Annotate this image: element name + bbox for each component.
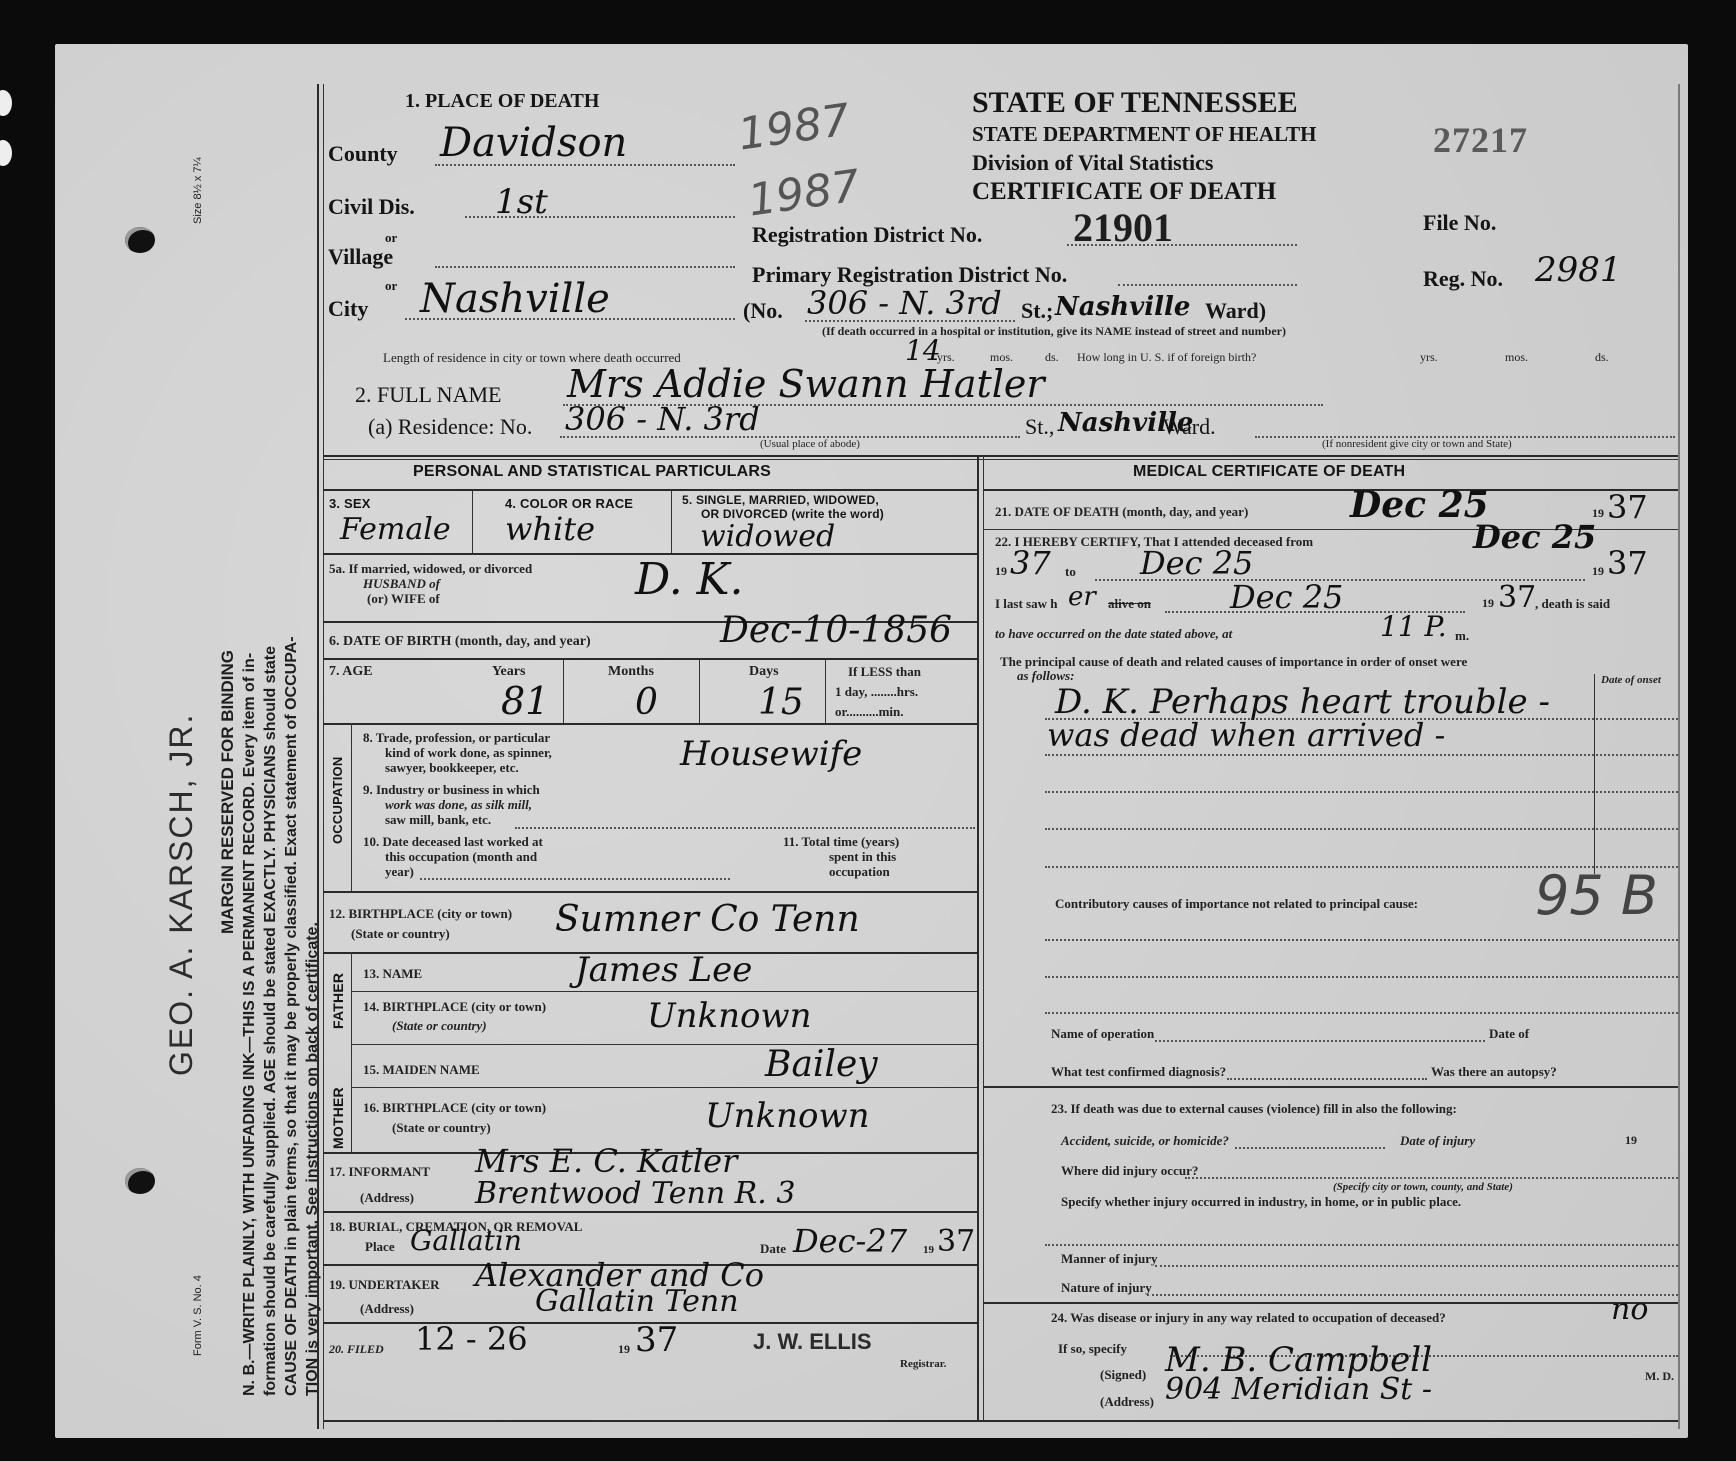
months-label: Months [608, 664, 654, 680]
civil-dis-label: Civil Dis. [328, 194, 415, 220]
registrar-name: J. W. ELLIS [753, 1329, 872, 1355]
undertaker-label: 19. UNDERTAKER [329, 1277, 440, 1293]
ward-suffix: Ward) [1205, 298, 1266, 324]
rule [983, 1086, 1678, 1088]
last-worked-label-3: year) [385, 864, 414, 880]
size-note: Size 8½ x 7¼ [192, 157, 204, 224]
instruction-line-3: CAUSE OF DEATH in plain terms, so that i… [283, 636, 301, 1396]
binding-hole-top [125, 227, 155, 253]
father-name-value[interactable]: James Lee [575, 950, 752, 990]
trade-label-2: kind of work done, as spinner, [385, 745, 552, 761]
accident-label: Accident, suicide, or homicide? [1061, 1133, 1229, 1149]
attended-from-value[interactable]: Dec 25 [1473, 518, 1596, 556]
test-label: What test confirmed diagnosis? [1051, 1064, 1226, 1080]
city-value[interactable]: Nashville [420, 276, 610, 322]
undertaker-address-label: (Address) [360, 1301, 414, 1317]
burial-year-prefix: 19 [923, 1244, 934, 1256]
hospital-note: (If death occurred in a hospital or inst… [822, 324, 1286, 339]
village-line [435, 266, 735, 268]
film-edge-mark-2 [0, 140, 12, 166]
where-injury-label: Where did injury occur? [1061, 1163, 1198, 1179]
rule [323, 891, 977, 893]
last-saw-year-prefix: 19 [1482, 596, 1494, 611]
cause-line-2 [1045, 754, 1678, 756]
birthplace-label-1: 12. BIRTHPLACE (city or town) [329, 906, 512, 922]
burial-year-value[interactable]: 37 [937, 1224, 975, 1259]
rule [351, 1087, 977, 1088]
burial-place-label: Place [365, 1239, 395, 1255]
race-value[interactable]: white [505, 510, 595, 548]
section-top-rule-2 [323, 459, 1678, 460]
contrib-line-2 [1045, 976, 1678, 978]
race-label: 4. COLOR OR RACE [505, 496, 633, 511]
manner-line [1155, 1265, 1678, 1267]
state-title: STATE OF TENNESSEE [972, 86, 1298, 120]
village-label: Village [328, 244, 393, 270]
certificate-paper: Size 8½ x 7¼ Form V. S. No. 4 GEO. A. KA… [55, 44, 1688, 1438]
father-bp-value[interactable]: Unknown [647, 996, 812, 1036]
spouse-value[interactable]: D. K. [635, 554, 744, 605]
total-time-label-3: occupation [829, 864, 890, 880]
pencil-mark-1: 1987 [735, 94, 853, 160]
if-so-label: If so, specify [1058, 1341, 1127, 1357]
informant-value[interactable]: Mrs E. C. Katler [475, 1142, 737, 1180]
age-years-value[interactable]: 81 [501, 679, 549, 723]
death-year-value[interactable]: 37 [1607, 488, 1648, 526]
street-no-prefix: (No. [743, 298, 783, 324]
last-saw-date-value[interactable]: Dec 25 [1230, 578, 1343, 616]
dob-label: 6. DATE OF BIRTH (month, day, and year) [329, 634, 591, 650]
specify-place-label: Specify whether injury occurred in indus… [1061, 1194, 1461, 1210]
usual-abode-note: (Usual place of abode) [760, 438, 860, 450]
street-value[interactable]: 306 - N. 3rd [807, 284, 1002, 322]
center-divider-2 [983, 455, 984, 1420]
margin-reserved-label: MARGIN RESERVED FOR BINDING [218, 650, 238, 934]
date-injury-year: 19 [1625, 1133, 1637, 1148]
less-label-3: or..........min. [835, 704, 904, 720]
attended-to-value[interactable]: Dec 25 [1140, 544, 1253, 582]
rule [351, 952, 352, 1152]
reg-district-value[interactable]: 21901 [1073, 204, 1173, 251]
foreign-birth-label: How long in U. S. if of foreign birth? [1077, 350, 1256, 365]
rule [351, 723, 352, 891]
spouse-label-2: HUSBAND of [363, 576, 440, 592]
foreign-ds-label: ds. [1595, 350, 1609, 365]
foreign-mos-label: mos. [1505, 350, 1528, 365]
last-worked-label-1: 10. Date deceased last worked at [363, 834, 543, 850]
rule [563, 658, 564, 723]
specify-line [1045, 1244, 1678, 1246]
film-edge-mark-1 [0, 90, 12, 116]
occurred-label: to have occurred on the date stated abov… [995, 626, 1232, 642]
contributory-label: Contributory causes of importance not re… [1055, 896, 1418, 912]
industry-label-3: saw mill, bank, etc. [385, 812, 491, 828]
pencil-code: 95 B [1535, 864, 1658, 927]
total-time-label-1: 11. Total time (years) [783, 834, 899, 850]
last-saw-pronoun[interactable]: er [1068, 582, 1096, 612]
birthplace-value[interactable]: Sumner Co Tenn [555, 899, 860, 940]
section-top-rule [323, 455, 1678, 457]
instruction-line-4: TION is very important. See instructions… [304, 922, 322, 1396]
nonresident-note: (If nonresident give city or town and St… [1322, 438, 1512, 450]
instruction-line-2: formation should be carefully supplied. … [262, 646, 280, 1396]
reg-no-value[interactable]: 2981 [1535, 250, 1622, 290]
cause-line-4 [1045, 828, 1678, 830]
rule [983, 489, 1678, 491]
signed-label: (Signed) [1100, 1367, 1146, 1383]
foreign-yrs-label: yrs. [1420, 350, 1438, 365]
specify-city-note: (Specify city or town, county, and State… [1333, 1181, 1513, 1193]
informant-address-label: (Address) [360, 1190, 414, 1206]
stamp-karsch: GEO. A. KARSCH, JR. [163, 713, 200, 1076]
mother-bp-label-1: 16. BIRTHPLACE (city or town) [363, 1100, 546, 1116]
manner-label: Manner of injury [1061, 1251, 1158, 1267]
from-year-value[interactable]: 37 [1010, 544, 1051, 582]
spouse-label-3: (or) WIFE of [367, 591, 440, 607]
undertaker-address-value[interactable]: Gallatin Tenn [535, 1284, 739, 1319]
full-name-label: 2. FULL NAME [355, 382, 501, 408]
less-label-1: If LESS than [848, 664, 921, 680]
ward-value[interactable]: Nashville [1055, 292, 1190, 322]
time-value[interactable]: 11 P. [1380, 610, 1447, 643]
m-label: m. [1455, 628, 1469, 644]
registrar-label: Registrar. [900, 1358, 946, 1370]
city-label: City [328, 296, 368, 322]
form-number: Form V. S. No. 4 [192, 1275, 204, 1356]
cause-line-2-value[interactable]: was dead when arrived - [1047, 716, 1445, 754]
instruction-line-1: N. B.—WRITE PLAINLY, WITH UNFADING INK—T… [241, 653, 259, 1396]
pencil-mark-2: 1987 [745, 160, 863, 226]
residence-st-label: St., [1025, 414, 1054, 440]
father-side-label: FATHER [330, 973, 346, 1029]
occupation-side-label: OCCUPATION [330, 757, 345, 844]
date-of-death-value[interactable]: Dec 25 [1350, 484, 1489, 526]
physician-address-label: (Address) [1100, 1394, 1154, 1410]
stamped-number: 27217 [1433, 119, 1528, 161]
trade-value[interactable]: Housewife [680, 734, 862, 774]
left-border-rule [317, 84, 319, 1429]
street-suffix: St.; [1021, 298, 1053, 324]
residence-value[interactable]: 306 - N. 3rd [565, 400, 760, 438]
alive-on-label: alive on [1108, 596, 1151, 612]
informant-label: 17. INFORMANT [329, 1164, 430, 1180]
age-label: 7. AGE [329, 664, 373, 680]
rule [351, 991, 977, 992]
last-worked-label-2: this occupation (month and [385, 849, 537, 865]
operation-line [1155, 1040, 1485, 1042]
md-label: M. D. [1645, 1369, 1674, 1384]
county-label: County [328, 141, 398, 167]
last-saw-year-value[interactable]: 37 [1498, 580, 1536, 615]
filed-year-prefix: 19 [618, 1342, 630, 1357]
contrib-line-1 [1045, 939, 1678, 941]
birthplace-label-2: (State or country) [351, 926, 450, 942]
filed-value[interactable]: 12 - 26 [415, 1320, 528, 1358]
center-divider [977, 455, 979, 1420]
last-saw-label: I last saw h [995, 596, 1058, 612]
operation-label: Name of operation [1051, 1026, 1154, 1042]
reg-no-label: Reg. No. [1423, 266, 1503, 292]
date-of-death-label: 21. DATE OF DEATH (month, day, and year) [995, 504, 1248, 520]
accident-line [1235, 1147, 1385, 1149]
rule [323, 1211, 977, 1213]
autopsy-label: Was there an autopsy? [1431, 1064, 1557, 1080]
rule [351, 1044, 977, 1045]
total-time-label-2: spent in this [829, 849, 896, 865]
place-of-death-heading: 1. PLACE OF DEATH [405, 90, 599, 113]
occupation-related-value[interactable]: no [1611, 1292, 1648, 1327]
nature-line [1147, 1294, 1678, 1296]
certificate-title: CERTIFICATE OF DEATH [972, 178, 1276, 206]
nature-label: Nature of injury [1061, 1280, 1152, 1296]
mother-bp-label-2: (State or country) [392, 1120, 491, 1136]
personal-heading: PERSONAL AND STATISTICAL PARTICULARS [413, 463, 771, 481]
contrib-line-3 [1045, 1012, 1678, 1014]
trade-label-3: sawyer, bookkeeper, etc. [385, 760, 519, 776]
rule [323, 658, 977, 660]
cause-line-3 [1045, 791, 1678, 793]
burial-date-label: Date [760, 1241, 786, 1257]
right-border [1678, 84, 1680, 1429]
age-months-value[interactable]: 0 [635, 682, 658, 723]
date-of-onset-label: Date of onset [1601, 674, 1661, 686]
medical-heading: MEDICAL CERTIFICATE OF DEATH [1133, 463, 1405, 481]
to-year-value[interactable]: 37 [1607, 544, 1648, 582]
filed-label: 20. FILED [329, 1342, 384, 1357]
filed-year-value[interactable]: 37 [635, 1320, 678, 1360]
dob-value[interactable]: Dec-10-1856 [720, 610, 952, 651]
spouse-label-1: 5a. If married, widowed, or divorced [329, 561, 532, 577]
civil-dis-value[interactable]: 1st [495, 182, 548, 222]
sex-label: 3. SEX [329, 496, 371, 511]
burial-place-value[interactable]: Gallatin [410, 1224, 522, 1257]
father-bp-label-1: 14. BIRTHPLACE (city or town) [363, 999, 546, 1015]
rule [323, 489, 977, 491]
ds-label: ds. [1045, 350, 1059, 365]
rule [983, 1302, 1678, 1304]
residence-label: (a) Residence: No. [368, 414, 532, 440]
rule [323, 723, 977, 725]
last-worked-line [420, 878, 730, 880]
division-title: Division of Vital Statistics [972, 150, 1213, 176]
ward-label: Ward. [1163, 414, 1216, 440]
department-title: STATE DEPARTMENT OF HEALTH [972, 122, 1316, 147]
to-label: to [1065, 564, 1076, 580]
age-days-value[interactable]: 15 [758, 682, 804, 723]
section-bottom-rule [323, 1420, 1678, 1422]
industry-line [515, 827, 975, 829]
death-said-label: , death is said [1535, 596, 1610, 612]
primary-reg-line [1118, 284, 1297, 286]
rule [1594, 674, 1595, 874]
mother-maiden-value[interactable]: Bailey [765, 1044, 878, 1085]
binding-hole-bottom [125, 1168, 155, 1194]
sex-value[interactable]: Female [340, 512, 451, 547]
date-injury-label: Date of injury [1400, 1133, 1475, 1149]
from-year-prefix: 19 [995, 564, 1007, 579]
external-causes-label: 23. If death was due to external causes … [1051, 1101, 1457, 1117]
test-line [1227, 1078, 1427, 1080]
file-no-label: File No. [1423, 210, 1496, 236]
industry-label-2: work was done, as silk mill, [385, 797, 532, 813]
rule [671, 489, 672, 553]
where-line [1185, 1177, 1678, 1179]
marital-label-1: 5. SINGLE, MARRIED, WIDOWED, [682, 493, 879, 507]
industry-label-1: 9. Industry or business in which [363, 782, 540, 798]
marital-value[interactable]: widowed [700, 519, 835, 554]
left-border-rule-inner [323, 84, 324, 1429]
years-label: Years [492, 664, 525, 680]
trade-label-1: 8. Trade, profession, or particular [363, 730, 550, 746]
physician-address-value[interactable]: 904 Meridian St - [1165, 1372, 1432, 1407]
father-bp-label-2: (State or country) [392, 1018, 487, 1034]
rule [699, 658, 700, 723]
mother-side-label: MOTHER [330, 1087, 346, 1149]
date-of-label: Date of [1489, 1026, 1529, 1042]
reg-district-label: Registration District No. [752, 222, 982, 248]
or-label-2: or [385, 278, 397, 294]
days-label: Days [749, 664, 779, 680]
father-name-label: 13. NAME [363, 966, 422, 982]
occupation-related-label: 24. Was disease or injury in any way rel… [1051, 1310, 1446, 1326]
rule [472, 489, 473, 553]
rule [825, 658, 826, 723]
mother-bp-value[interactable]: Unknown [705, 1096, 870, 1136]
less-label-2: 1 day, ........hrs. [835, 684, 918, 700]
mother-maiden-label: 15. MAIDEN NAME [363, 1062, 480, 1078]
to-year-prefix: 19 [1592, 564, 1604, 579]
county-value[interactable]: Davidson [440, 120, 627, 166]
informant-address-value[interactable]: Brentwood Tenn R. 3 [475, 1176, 795, 1211]
burial-date-value[interactable]: Dec-27 [793, 1222, 907, 1260]
